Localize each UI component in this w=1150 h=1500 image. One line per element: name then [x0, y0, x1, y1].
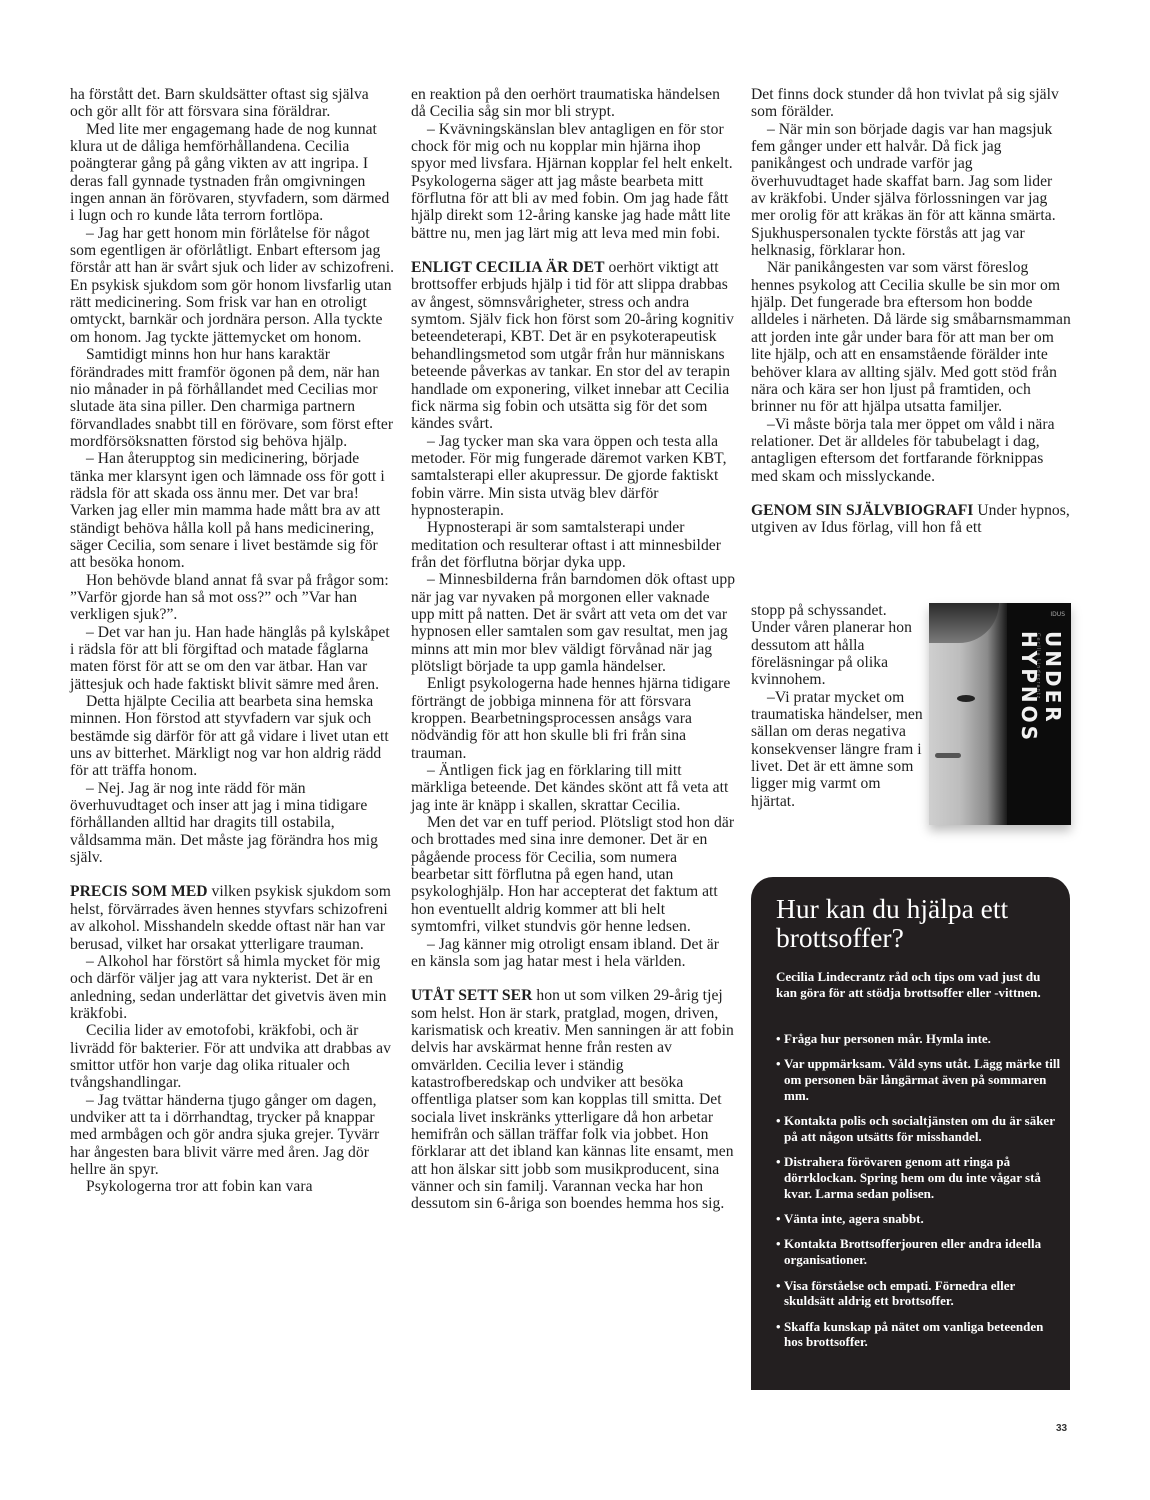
paragraph-text: oerhört viktigt att brottsoffer erbjuds … [411, 259, 734, 432]
article-paragraph: – Nej. Jag är nog inte rädd för män över… [70, 780, 395, 867]
paragraph-text: –Vi måste börja tala mer öppet om våld i… [751, 416, 1055, 485]
tips-list: •Fråga hur personen mår. Hymla inte.•Var… [776, 1031, 1061, 1360]
paragraph-text: Men det var en tuff period. Plötsligt st… [411, 814, 734, 935]
paragraph-text: –Vi pratar mycket om traumatiska händels… [751, 689, 923, 810]
article-paragraph: – Jag känner mig otroligt ensam ibland. … [411, 936, 736, 971]
bullet-icon: • [776, 1278, 781, 1294]
paragraph-text: – Jag tycker man ska vara öppen och test… [411, 433, 727, 519]
paragraph-text: – Äntligen fick jag en förklaring till m… [411, 762, 728, 814]
article-paragraph: – Det var han ju. Han hade hänglås på ky… [70, 624, 395, 693]
bullet-icon: • [776, 1031, 781, 1047]
article-paragraph: UTÅT SETT SER hon ut som vilken 29-årig … [411, 987, 736, 1212]
article-paragraph: – Alkohol har förstört så himla mycket f… [70, 953, 395, 1022]
article-paragraph: –Vi pratar mycket om traumatiska händels… [751, 689, 923, 810]
paragraph-text: – Det var han ju. Han hade hänglås på ky… [70, 624, 390, 693]
tip-item: •Fråga hur personen mår. Hymla inte. [776, 1031, 1061, 1047]
article-paragraph: – Minnesbilderna från barndomen dök ofta… [411, 571, 736, 675]
page-number: 33 [1056, 1423, 1067, 1434]
article-paragraph: PRECIS SOM MED vilken psykisk sjukdom so… [70, 883, 395, 952]
tip-text: Var uppmärksam. Våld syns utåt. Lägg mär… [784, 1056, 1060, 1103]
bullet-icon: • [776, 1211, 781, 1227]
article-column-1: ha förstått det. Barn skuldsätter oftast… [70, 86, 395, 1196]
sidebar-heading: Hur kan du hjälpa ett brottsoffer? [776, 894, 1066, 952]
article-paragraph: Med lite mer engagemang hade de nog kunn… [70, 121, 395, 225]
bullet-icon: • [776, 1113, 781, 1129]
paragraph-text: Detta hjälpte Cecilia att bearbeta sina … [70, 693, 389, 779]
book-publisher: IDUS [1050, 611, 1065, 618]
tip-item: •Visa förståelse och empati. Förnedra el… [776, 1278, 1061, 1310]
paragraph-text: – Jag känner mig otroligt ensam ibland. … [411, 936, 719, 970]
paragraph-text: – Kvävningskänslan blev antagligen en fö… [411, 121, 733, 242]
tip-text: Skaffa kunskap på nätet om vanliga betee… [784, 1319, 1043, 1350]
article-paragraph: Detta hjälpte Cecilia att bearbeta sina … [70, 693, 395, 780]
tip-text: Kontakta Brottsofferjouren eller andra i… [784, 1236, 1041, 1267]
paragraph-text: – Jag har gett honom min förlåtelse för … [70, 225, 394, 346]
article-paragraph: Hon behövde bland annat få svar på frågo… [70, 572, 395, 624]
article-paragraph: stopp på schyssandet. Under våren planer… [751, 602, 923, 689]
article-paragraph: ha förstått det. Barn skuldsätter oftast… [70, 86, 395, 121]
cover-mouth-shape [935, 753, 961, 758]
tip-text: Vänta inte, agera snabbt. [784, 1211, 924, 1226]
paragraph-text: stopp på schyssandet. Under våren planer… [751, 602, 912, 688]
paragraph-text: – Nej. Jag är nog inte rädd för män över… [70, 780, 378, 866]
sidebar-intro: Cecilia Lindecrantz råd och tips om vad … [776, 969, 1056, 1000]
article-paragraph: GENOM SIN SJÄLVBIOGRAFI Under hypnos, ut… [751, 502, 1071, 537]
article-paragraph: –Vi måste börja tala mer öppet om våld i… [751, 416, 1071, 485]
paragraph-text: hon ut som vilken 29-årig tjej som helst… [411, 987, 734, 1212]
tip-text: Visa förståelse och empati. Förnedra ell… [784, 1278, 1015, 1309]
article-paragraph: Hypnosterapi är som samtalsterapi under … [411, 519, 736, 571]
article-paragraph: – Kvävningskänslan blev antagligen en fö… [411, 121, 736, 242]
book-cover-image: IDUS Cecilia Lindecrantz UNDER HYPNOS [929, 603, 1071, 825]
tip-item: •Vänta inte, agera snabbt. [776, 1211, 1061, 1227]
paragraph-text: Hypnosterapi är som samtalsterapi under … [411, 519, 721, 571]
article-paragraph: en reaktion på den oerhört traumatiska h… [411, 86, 736, 121]
article-paragraph: Enligt psykologerna hade hennes hjärna t… [411, 675, 736, 762]
article-paragraph: – Jag har gett honom min förlåtelse för … [70, 225, 395, 346]
tip-text: Fråga hur personen mår. Hymla inte. [784, 1031, 991, 1046]
article-paragraph: Samtidigt minns hon hur hans karaktär fö… [70, 346, 395, 450]
paragraph-lead-in: ENLIGT CECILIA ÄR DET [411, 259, 605, 276]
paragraph-text: – Jag tvättar händerna tjugo gånger om d… [70, 1092, 379, 1178]
article-paragraph: – Jag tycker man ska vara öppen och test… [411, 433, 736, 520]
article-column-2: en reaktion på den oerhört traumatiska h… [411, 86, 736, 1213]
article-paragraph: – Jag tvättar händerna tjugo gånger om d… [70, 1092, 395, 1179]
book-title: UNDER HYPNOS [1017, 631, 1065, 825]
tip-text: Distrahera förövaren genom att ringa på … [784, 1154, 1041, 1201]
paragraph-text: Enligt psykologerna hade hennes hjärna t… [411, 675, 730, 761]
tip-item: •Var uppmärksam. Våld syns utåt. Lägg mä… [776, 1056, 1061, 1103]
article-paragraph: – Han återupptog sin medicinering, börja… [70, 450, 395, 571]
tip-item: •Distrahera förövaren genom att ringa på… [776, 1154, 1061, 1201]
paragraph-text: Psykologerna tror att fobin kan vara [86, 1178, 313, 1195]
paragraph-lead-in: UTÅT SETT SER [411, 987, 532, 1004]
paragraph-text: Det finns dock stunder då hon tvivlat på… [751, 86, 1059, 120]
article-paragraph: Det finns dock stunder då hon tvivlat på… [751, 86, 1071, 121]
article-paragraph: Cecilia lider av emotofobi, kräkfobi, oc… [70, 1022, 395, 1091]
article-paragraph: När panikångesten var som värst föreslog… [751, 259, 1071, 415]
tip-item: •Kontakta Brottsofferjouren eller andra … [776, 1236, 1061, 1268]
paragraph-text: – När min son började dagis var han mags… [751, 121, 1056, 259]
bullet-icon: • [776, 1154, 781, 1170]
article-column-3-wrapped: stopp på schyssandet. Under våren planer… [751, 602, 923, 810]
tip-item: •Skaffa kunskap på nätet om vanliga bete… [776, 1319, 1061, 1351]
tip-item: •Kontakta polis och socialtjänsten om du… [776, 1113, 1061, 1145]
paragraph-text: Cecilia lider av emotofobi, kräkfobi, oc… [70, 1022, 391, 1091]
paragraph-text: – Alkohol har förstört så himla mycket f… [70, 953, 386, 1022]
bullet-icon: • [776, 1319, 781, 1335]
article-column-3: Det finns dock stunder då hon tvivlat på… [751, 86, 1071, 537]
paragraph-lead-in: GENOM SIN SJÄLVBIOGRAFI [751, 502, 973, 519]
paragraph-text: Med lite mer engagemang hade de nog kunn… [70, 121, 389, 225]
tips-sidebar-box: Hur kan du hjälpa ett brottsoffer? Cecil… [751, 877, 1070, 1390]
article-paragraph: – När min son började dagis var han mags… [751, 121, 1071, 260]
bullet-icon: • [776, 1236, 781, 1252]
article-paragraph: – Äntligen fick jag en förklaring till m… [411, 762, 736, 814]
article-paragraph: ENLIGT CECILIA ÄR DET oerhört viktigt at… [411, 259, 736, 432]
paragraph-text: När panikångesten var som värst föreslog… [751, 259, 1071, 415]
paragraph-text: Samtidigt minns hon hur hans karaktär fö… [70, 346, 393, 450]
paragraph-lead-in: PRECIS SOM MED [70, 883, 208, 900]
paragraph-text: – Minnesbilderna från barndomen dök ofta… [411, 571, 735, 675]
paragraph-text: – Han återupptog sin medicinering, börja… [70, 450, 385, 571]
tip-text: Kontakta polis och socialtjänsten om du … [784, 1113, 1055, 1144]
article-paragraph: Psykologerna tror att fobin kan vara [70, 1178, 395, 1195]
paragraph-text: ha förstått det. Barn skuldsätter oftast… [70, 86, 369, 120]
cover-eye-shape [957, 695, 975, 702]
paragraph-text: en reaktion på den oerhört traumatiska h… [411, 86, 720, 120]
bullet-icon: • [776, 1056, 781, 1072]
article-paragraph: Men det var en tuff period. Plötsligt st… [411, 814, 736, 935]
paragraph-text: Hon behövde bland annat få svar på frågo… [70, 572, 389, 624]
